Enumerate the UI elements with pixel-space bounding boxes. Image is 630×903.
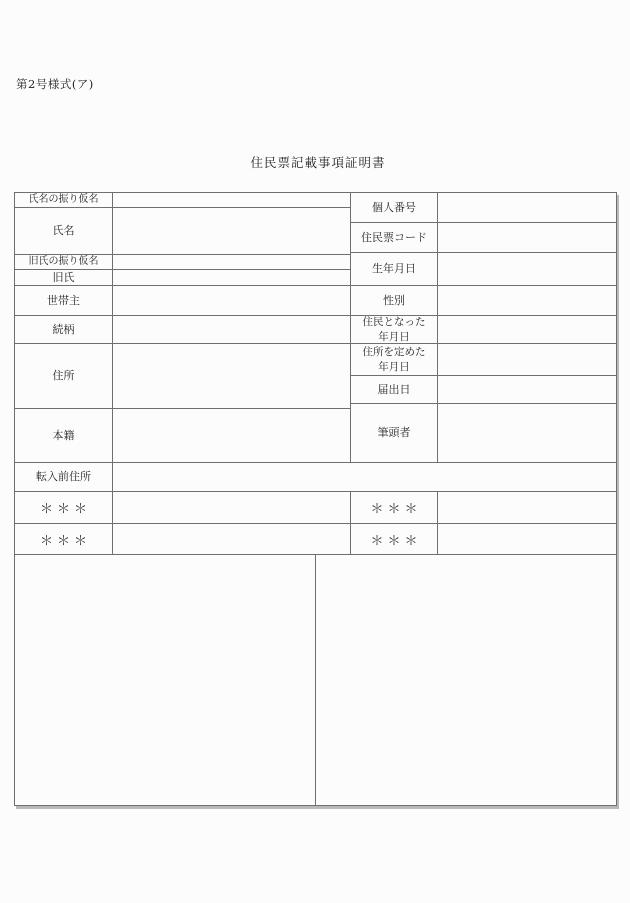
field-individual-number [437, 192, 617, 223]
label-name: 氏名 [14, 207, 113, 255]
masked-field-1 [112, 491, 351, 524]
field-name-furigana [112, 192, 351, 208]
label-family-register-head: 筆頭者 [350, 403, 438, 463]
field-household-head [112, 285, 351, 316]
masked-field-3 [112, 523, 351, 555]
label-date-became-resident: 住民となった 年月日 [350, 315, 438, 344]
label-individual-number: 個人番号 [350, 192, 438, 223]
label-sex: 性別 [350, 285, 438, 316]
label-previous-address: 転入前住所 [14, 462, 113, 492]
label-date-address-set: 住所を定めた 年月日 [350, 343, 438, 376]
label-former-name: 旧氏 [14, 269, 113, 286]
bottom-left-area [14, 554, 316, 806]
field-address [112, 343, 351, 409]
label-registered-domicile: 本籍 [14, 408, 113, 463]
label-household-head: 世帯主 [14, 285, 113, 316]
label-former-name-furigana: 旧氏の振り仮名 [14, 254, 113, 270]
label-relationship: 続柄 [14, 315, 113, 344]
field-registered-domicile [112, 408, 351, 463]
certificate-table: 氏名の振り仮名 氏名 旧氏の振り仮名 旧氏 世帯主 続柄 住所 本籍 個人番号 … [14, 192, 617, 806]
masked-field-4 [437, 523, 617, 555]
masked-label-4: ＊＊＊ [350, 523, 438, 555]
field-former-name-furigana [112, 254, 351, 270]
label-notification-date: 届出日 [350, 375, 438, 404]
field-name [112, 207, 351, 255]
masked-label-3: ＊＊＊ [14, 523, 113, 555]
field-family-register-head [437, 403, 617, 463]
masked-label-2: ＊＊＊ [350, 491, 438, 524]
masked-field-2 [437, 491, 617, 524]
bottom-right-area [315, 554, 617, 806]
field-sex [437, 285, 617, 316]
field-relationship [112, 315, 351, 344]
label-date-of-birth: 生年月日 [350, 252, 438, 286]
field-date-address-set [437, 343, 617, 376]
page-title: 住民票記載事項証明書 [0, 153, 630, 171]
field-notification-date [437, 375, 617, 404]
field-former-name [112, 269, 351, 286]
label-address: 住所 [14, 343, 113, 409]
label-name-furigana: 氏名の振り仮名 [14, 192, 113, 208]
field-previous-address [112, 462, 617, 492]
label-resident-record-code: 住民票コード [350, 222, 438, 253]
form-number: 第2号様式(ア) [16, 76, 94, 92]
masked-label-1: ＊＊＊ [14, 491, 113, 524]
field-date-became-resident [437, 315, 617, 344]
field-date-of-birth [437, 252, 617, 286]
field-resident-record-code [437, 222, 617, 253]
